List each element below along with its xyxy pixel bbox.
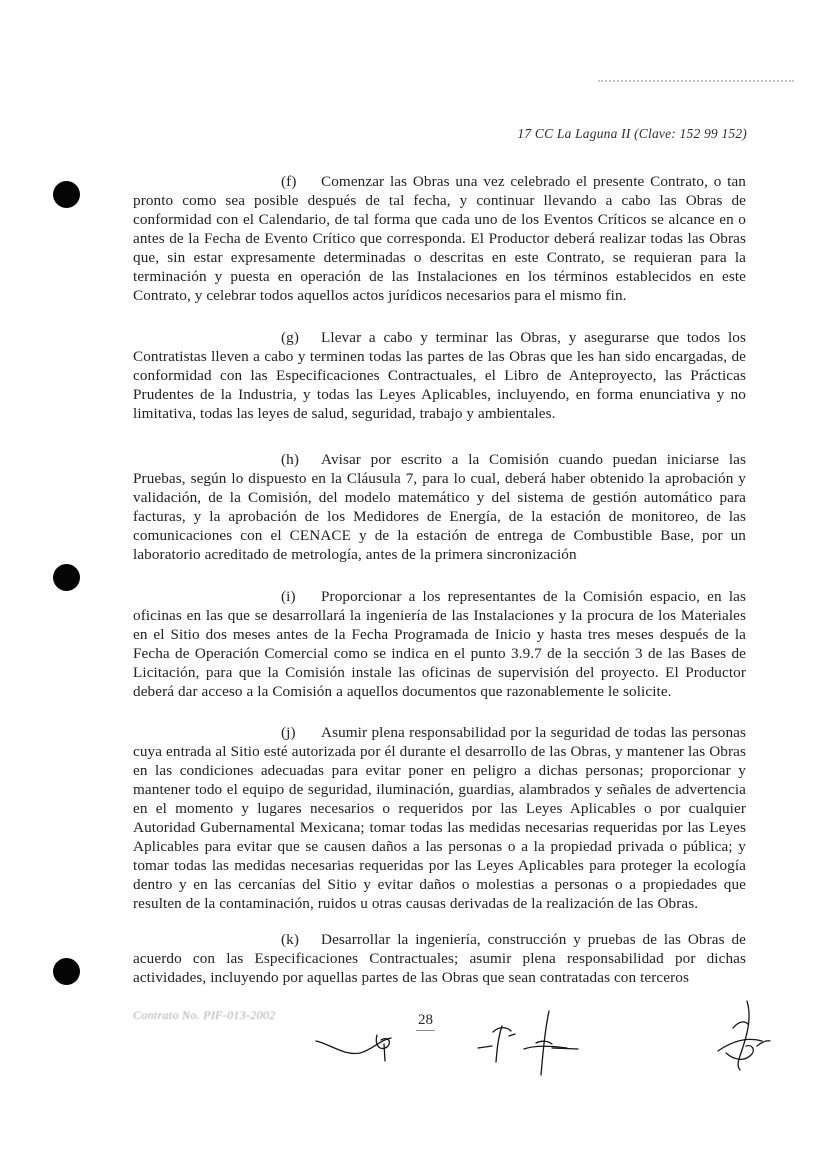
paragraph-i: (i)Proporcionar a los representantes de …	[133, 587, 746, 701]
paragraph-h-text: Avisar por escrito a la Comisión cuando …	[133, 451, 746, 563]
paragraph-j-label: (j)	[281, 723, 321, 742]
paragraph-g-text: Llevar a cabo y terminar las Obras, y as…	[133, 329, 746, 422]
scanned-contract-page: 17 CC La Laguna II (Clave: 152 99 152) (…	[0, 0, 828, 1169]
paragraph-j-text: Asumir plena responsabilidad por la segu…	[133, 724, 746, 912]
paragraph-h: (h)Avisar por escrito a la Comisión cuan…	[133, 450, 746, 564]
paragraph-f: (f)Comenzar las Obras una vez celebrado …	[133, 172, 746, 305]
paragraph-f-text: Comenzar las Obras una vez celebrado el …	[133, 173, 746, 304]
paragraph-i-label: (i)	[281, 587, 321, 606]
page-number: 28	[416, 1012, 435, 1031]
paragraph-k-label: (k)	[281, 930, 321, 949]
paragraph-k: (k)Desarrollar la ingeniería, construcci…	[133, 930, 746, 987]
paragraph-h-label: (h)	[281, 450, 321, 469]
paragraph-j: (j)Asumir plena responsabilidad por la s…	[133, 723, 746, 913]
paragraph-f-label: (f)	[281, 172, 321, 191]
document-text-layer: 17 CC La Laguna II (Clave: 152 99 152) (…	[0, 0, 828, 1169]
paragraph-g-label: (g)	[281, 328, 321, 347]
document-header: 17 CC La Laguna II (Clave: 152 99 152)	[517, 126, 747, 142]
paragraph-g: (g)Llevar a cabo y terminar las Obras, y…	[133, 328, 746, 423]
footer-contract-number: Contrato No. PIF-013-2002	[133, 1008, 276, 1023]
paragraph-i-text: Proporcionar a los representantes de la …	[133, 588, 746, 700]
paragraph-k-text: Desarrollar la ingeniería, construcción …	[133, 931, 746, 986]
